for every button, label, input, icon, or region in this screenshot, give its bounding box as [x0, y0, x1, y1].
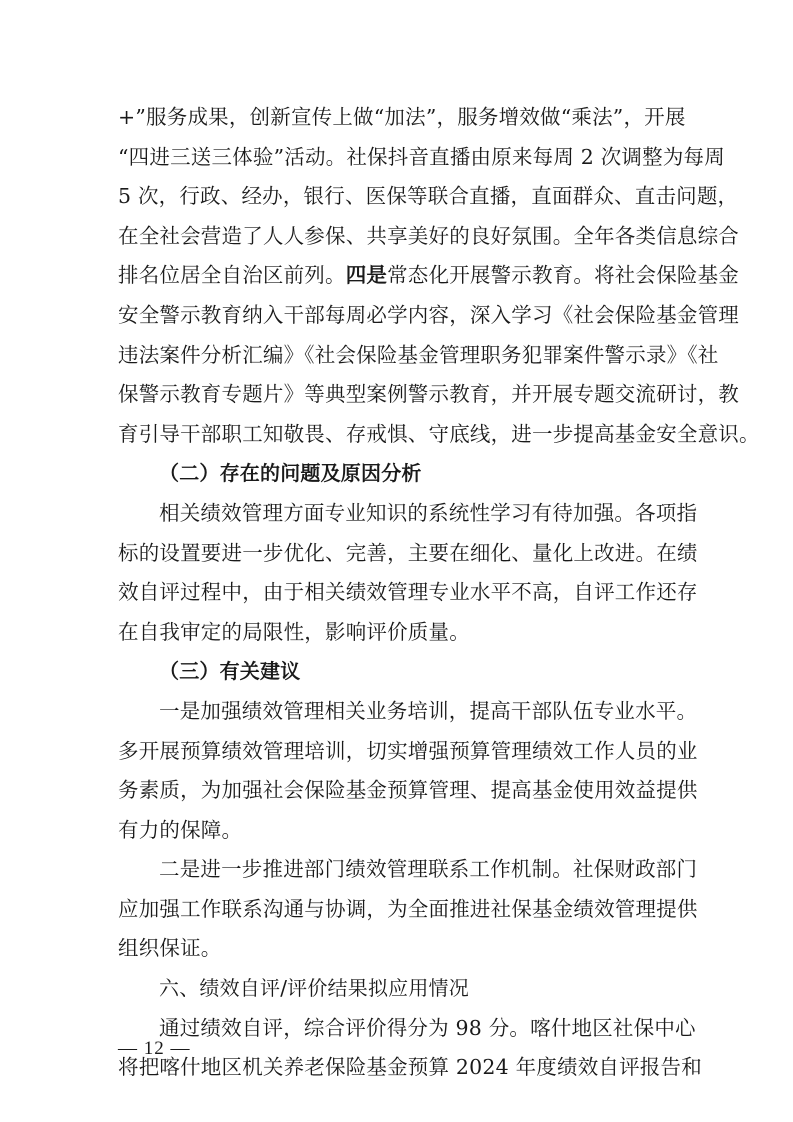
section-heading-results-application: 六、绩效自评/评价结果拟应用情况 [118, 971, 674, 1011]
paragraph-line: 在自我审定的局限性，影响评价质量。 [118, 615, 674, 655]
page-number: — 12 — [118, 1038, 191, 1060]
paragraph-line: “四进三送三体验”活动。社保抖音直播由原来每周 2 次调整为每周 [118, 140, 674, 180]
paragraph-line: 将把喀什地区机关养老保险基金预算 2024 年度绩效自评报告和 [118, 1050, 674, 1090]
paragraph-line: 保警示教育专题片》等典型案例警示教育，并开展专题交流研讨，教 [118, 377, 674, 417]
paragraph-line: 标的设置要进一步优化、完善，主要在细化、量化上改进。在绩 [118, 536, 674, 576]
section-heading-problems: （二）存在的问题及原因分析 [118, 456, 674, 496]
paragraph-line: 多开展预算绩效管理培训，切实增强预算管理绩效工作人员的业 [118, 734, 674, 774]
bold-keyword: 四是 [346, 263, 387, 287]
paragraph-line: 相关绩效管理方面专业知识的系统性学习有待加强。各项指 [118, 496, 674, 536]
text-segment: 常态化开展警示教育。将社会保险基金 [387, 263, 739, 287]
paragraph-line: +”服务成果，创新宣传上做“加法”，服务增效做“乘法”，开展 [118, 100, 674, 140]
text-segment: 排名位居全自治区前列。 [118, 263, 346, 287]
paragraph-line: 一是加强绩效管理相关业务培训，提高干部队伍专业水平。 [118, 694, 674, 734]
paragraph-line: 安全警示教育纳入干部每周必学内容，深入学习《社会保险基金管理 [118, 298, 674, 338]
document-page: +”服务成果，创新宣传上做“加法”，服务增效做“乘法”，开展 “四进三送三体验”… [118, 100, 674, 1090]
paragraph-line: 排名位居全自治区前列。四是常态化开展警示教育。将社会保险基金 [118, 258, 674, 298]
section-heading-suggestions: （三）有关建议 [118, 654, 674, 694]
paragraph-line: 效自评过程中，由于相关绩效管理专业水平不高，自评工作还存 [118, 575, 674, 615]
paragraph-line: 组织保证。 [118, 931, 674, 971]
paragraph-line: 通过绩效自评，综合评价得分为 98 分。喀什地区社保中心 [118, 1011, 674, 1051]
paragraph-line: 二是进一步推进部门绩效管理联系工作机制。社保财政部门 [118, 852, 674, 892]
paragraph-line: 应加强工作联系沟通与协调，为全面推进社保基金绩效管理提供 [118, 892, 674, 932]
paragraph-line: 育引导干部职工知敬畏、存戒惧、守底线，进一步提高基金安全意识。 [118, 417, 674, 457]
paragraph-line: 有力的保障。 [118, 813, 674, 853]
paragraph-line: 务素质，为加强社会保险基金预算管理、提高基金使用效益提供 [118, 773, 674, 813]
paragraph-line: 5 次，行政、经办，银行、医保等联合直播，直面群众、直击问题， [118, 179, 674, 219]
paragraph-line: 违法案件分析汇编》《社会保险基金管理职务犯罪案件警示录》《社 [118, 338, 674, 378]
paragraph-line: 在全社会营造了人人参保、共享美好的良好氛围。全年各类信息综合 [118, 219, 674, 259]
